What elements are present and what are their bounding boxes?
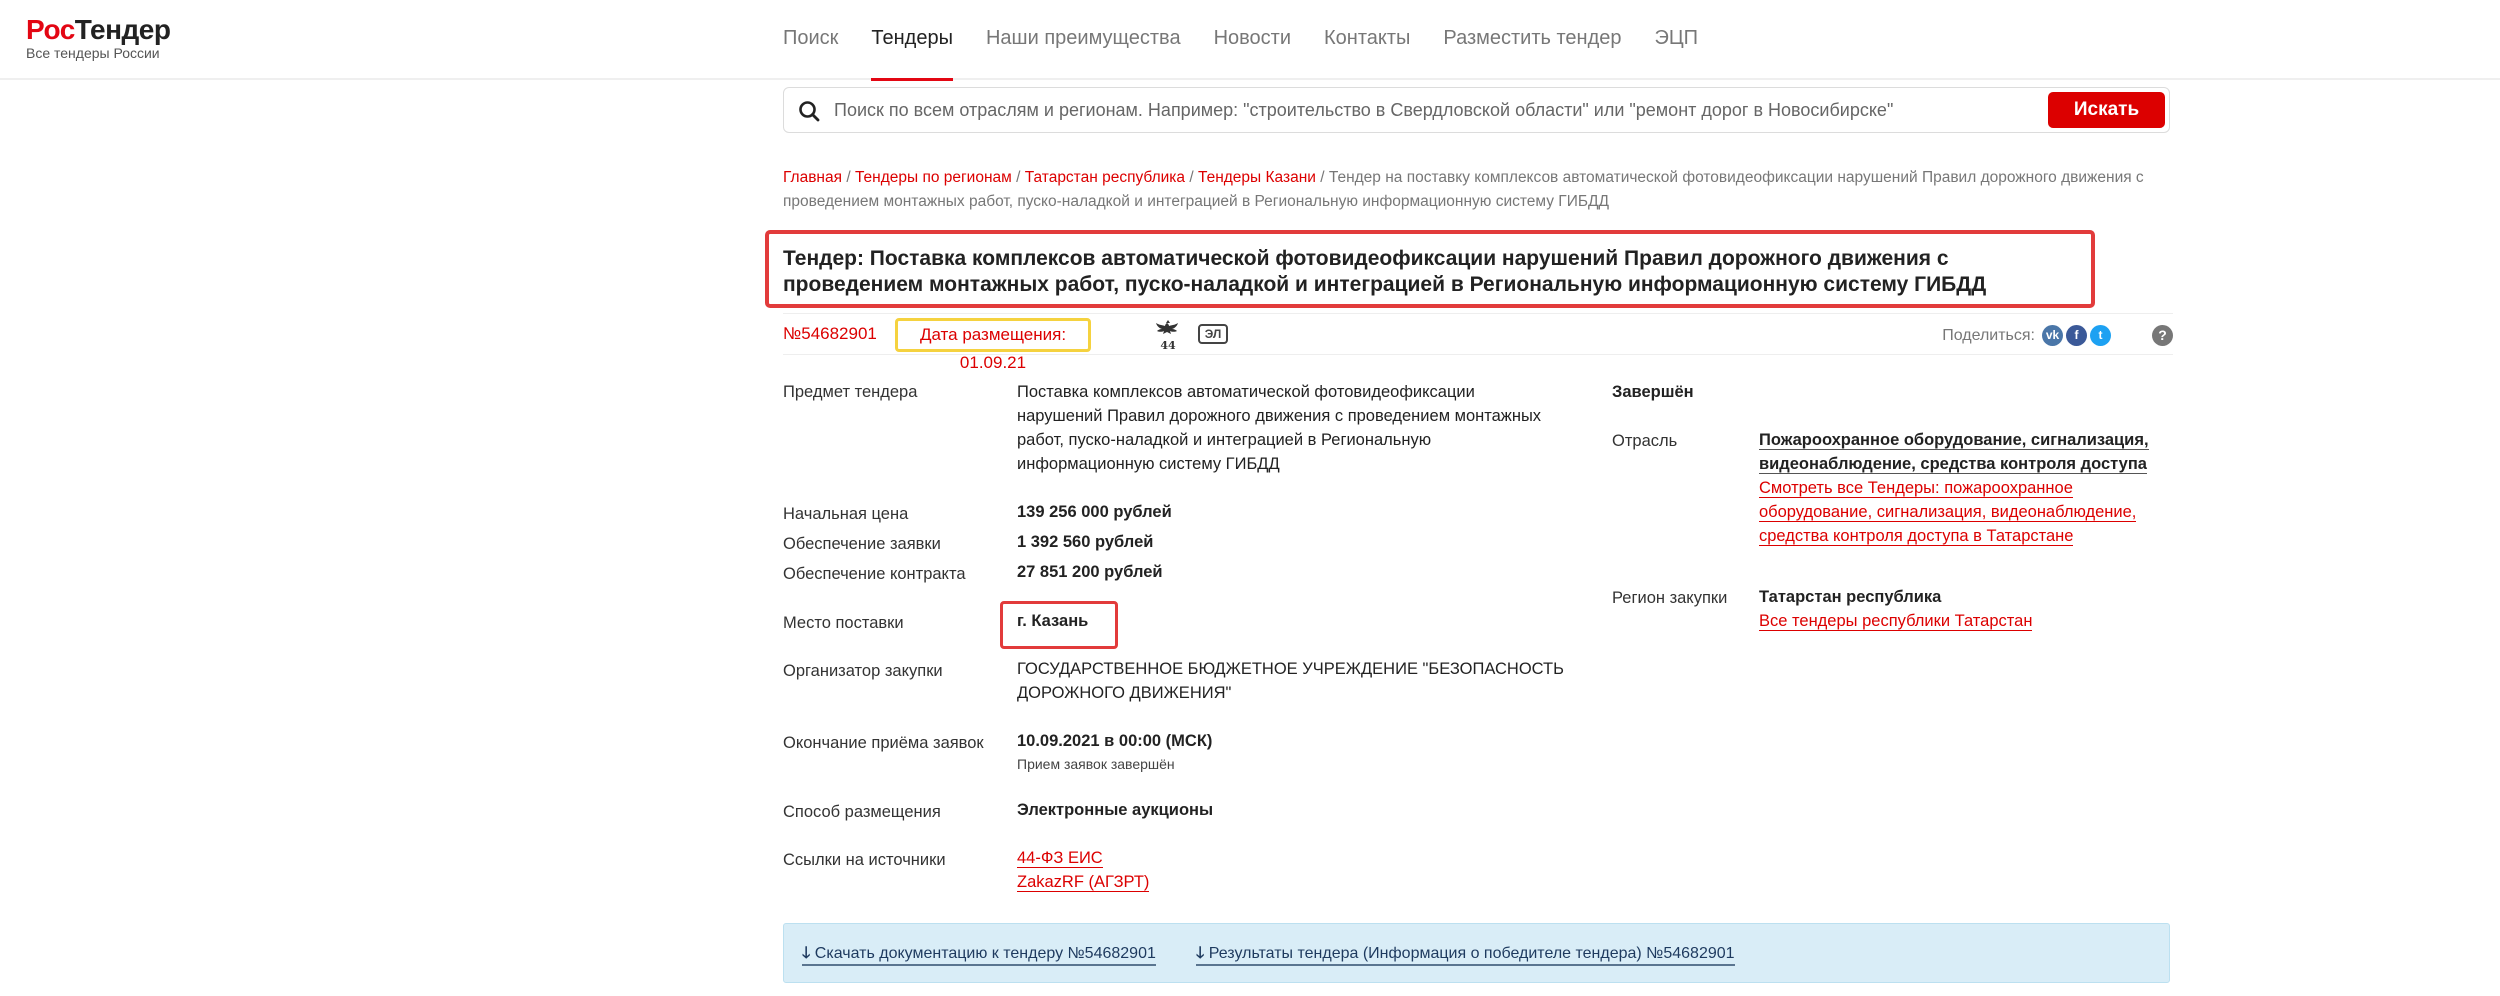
breadcrumb-regions[interactable]: Тендеры по регионам: [855, 169, 1012, 186]
arrow-down-icon: 🡓: [802, 945, 810, 962]
logo-dark-part: Тендер: [75, 14, 171, 45]
region-value: Татарстан республика Все тендеры республ…: [1759, 585, 2032, 633]
subject-value: Поставка комплексов автоматической фотов…: [1017, 380, 1541, 476]
start-price-label: Начальная цена: [783, 502, 908, 526]
contract-security-value: 27 851 200 рублей: [1017, 560, 1163, 584]
facebook-icon[interactable]: f: [2066, 325, 2087, 346]
bid-security-label: Обеспечение заявки: [783, 532, 941, 556]
industry-link[interactable]: видеонаблюдение, средства контроля досту…: [1759, 455, 2147, 474]
breadcrumb-tatarstan[interactable]: Татарстан республика: [1025, 169, 1185, 186]
nav-item-contacts[interactable]: Контакты: [1324, 0, 1410, 80]
subject-line: работ, пуско-наладкой и интеграцией в Ре…: [1017, 428, 1541, 452]
subject-line: нарушений Правил дорожного движения с пр…: [1017, 404, 1541, 428]
twitter-icon[interactable]: t: [2090, 325, 2111, 346]
logo-red-part: Рос: [26, 14, 75, 45]
breadcrumb-separator: /: [1016, 169, 1020, 186]
deadline-value: 10.09.2021 в 00:00 (МСК): [1017, 729, 1212, 753]
source-link-zakazrf[interactable]: ZakazRF (АГЗРТ): [1017, 873, 1149, 892]
electronic-badge-icon: ЭЛ: [1198, 324, 1228, 344]
tender-meta-row: №54682901 Дата размещения: 01.09.21 44 Э…: [783, 313, 2173, 355]
deadline-label: Окончание приёма заявок: [783, 731, 984, 755]
region-label: Регион закупки: [1612, 586, 1727, 610]
downloads-panel: 🡓 Скачать документацию к тендеру №546829…: [783, 923, 2170, 983]
region-name: Татарстан республика: [1759, 585, 2032, 609]
deadline-note: Прием заявок завершён: [1017, 752, 1175, 776]
sources-label: Ссылки на источники: [783, 848, 946, 872]
tender-number: №54682901: [783, 324, 877, 344]
contract-security-label: Обеспечение контракта: [783, 562, 966, 586]
main-nav: Поиск Тендеры Наши преимущества Новости …: [783, 0, 1731, 80]
search-button[interactable]: Искать: [2048, 92, 2165, 128]
search-bar: Искать: [783, 87, 2170, 133]
nav-item-search[interactable]: Поиск: [783, 0, 838, 80]
region-all-link[interactable]: Все тендеры республики Татарстан: [1759, 612, 2032, 631]
eagle-44-law-icon: 44: [1154, 319, 1182, 351]
industry-all-link[interactable]: Смотреть все Тендеры: пожароохранное: [1759, 479, 2073, 498]
search-icon: [798, 100, 820, 122]
status-badge: Завершён: [1612, 380, 1694, 404]
delivery-value: г. Казань: [1017, 609, 1088, 633]
arrow-down-icon: 🡓: [1196, 945, 1204, 962]
breadcrumb-separator: /: [1189, 169, 1193, 186]
nav-item-ecp[interactable]: ЭЦП: [1655, 0, 1699, 80]
tender-results-link[interactable]: 🡓 Результаты тендера (Информация о побед…: [1196, 944, 1735, 966]
organizer-line: ДОРОЖНОГО ДВИЖЕНИЯ": [1017, 681, 1564, 705]
breadcrumb-separator: /: [846, 169, 850, 186]
help-icon[interactable]: ?: [2152, 325, 2173, 346]
logo-wordmark: РосТендер: [26, 14, 170, 46]
breadcrumb: Главная / Тендеры по регионам / Татарста…: [783, 166, 2173, 214]
breadcrumb-separator: /: [1320, 169, 1324, 186]
organizer-line: ГОСУДАРСТВЕННОЕ БЮДЖЕТНОЕ УЧРЕЖДЕНИЕ "БЕ…: [1017, 657, 1564, 681]
search-input[interactable]: [834, 88, 2024, 132]
logo-tagline: Все тендеры России: [26, 45, 170, 61]
industry-link[interactable]: Пожароохранное оборудование, сигнализаци…: [1759, 431, 2149, 450]
download-docs-link[interactable]: 🡓 Скачать документацию к тендеру №546829…: [802, 944, 1156, 966]
download-docs-label: Скачать документацию к тендеру №54682901: [815, 945, 1156, 962]
svg-text:44: 44: [1160, 339, 1176, 351]
tender-results-label: Результаты тендера (Информация о победит…: [1209, 945, 1735, 962]
breadcrumb-kazan[interactable]: Тендеры Казани: [1198, 169, 1316, 186]
start-price-value: 139 256 000 рублей: [1017, 500, 1172, 524]
industry-all-link[interactable]: оборудование, сигнализация, видеонаблюде…: [1759, 503, 2136, 522]
source-link-eis[interactable]: 44-ФЗ ЕИС: [1017, 849, 1103, 868]
vk-icon[interactable]: vk: [2042, 325, 2063, 346]
industry-label: Отрасль: [1612, 429, 1677, 453]
organizer-label: Организатор закупки: [783, 659, 943, 683]
method-label: Способ размещения: [783, 800, 941, 824]
delivery-label: Место поставки: [783, 611, 904, 635]
share-block: Поделиться: vk f t: [1942, 325, 2111, 346]
nav-item-tenders[interactable]: Тендеры: [871, 0, 953, 80]
nav-item-news[interactable]: Новости: [1214, 0, 1291, 80]
bid-security-value: 1 392 560 рублей: [1017, 530, 1153, 554]
breadcrumb-home[interactable]: Главная: [783, 169, 842, 186]
subject-label: Предмет тендера: [783, 380, 917, 404]
industry-all-link[interactable]: средства контроля доступа в Татарстане: [1759, 527, 2073, 546]
site-header: РосТендер Все тендеры России Поиск Тенде…: [0, 0, 2500, 80]
page-title: Тендер: Поставка комплексов автоматическ…: [783, 246, 2083, 298]
subject-line: информационную систему ГИБДД: [1017, 452, 1541, 476]
nav-item-post-tender[interactable]: Разместить тендер: [1443, 0, 1621, 80]
logo[interactable]: РосТендер Все тендеры России: [26, 14, 170, 61]
sources-list: 44-ФЗ ЕИС ZakazRF (АГЗРТ): [1017, 846, 1149, 894]
subject-line: Поставка комплексов автоматической фотов…: [1017, 380, 1541, 404]
organizer-value: ГОСУДАРСТВЕННОЕ БЮДЖЕТНОЕ УЧРЕЖДЕНИЕ "БЕ…: [1017, 657, 1564, 705]
share-label: Поделиться:: [1942, 327, 2035, 345]
date-posted-badge: Дата размещения: 01.09.21: [895, 318, 1091, 352]
nav-item-advantages[interactable]: Наши преимущества: [986, 0, 1181, 80]
industry-value: Пожароохранное оборудование, сигнализаци…: [1759, 428, 2149, 548]
method-value: Электронные аукционы: [1017, 798, 1213, 822]
